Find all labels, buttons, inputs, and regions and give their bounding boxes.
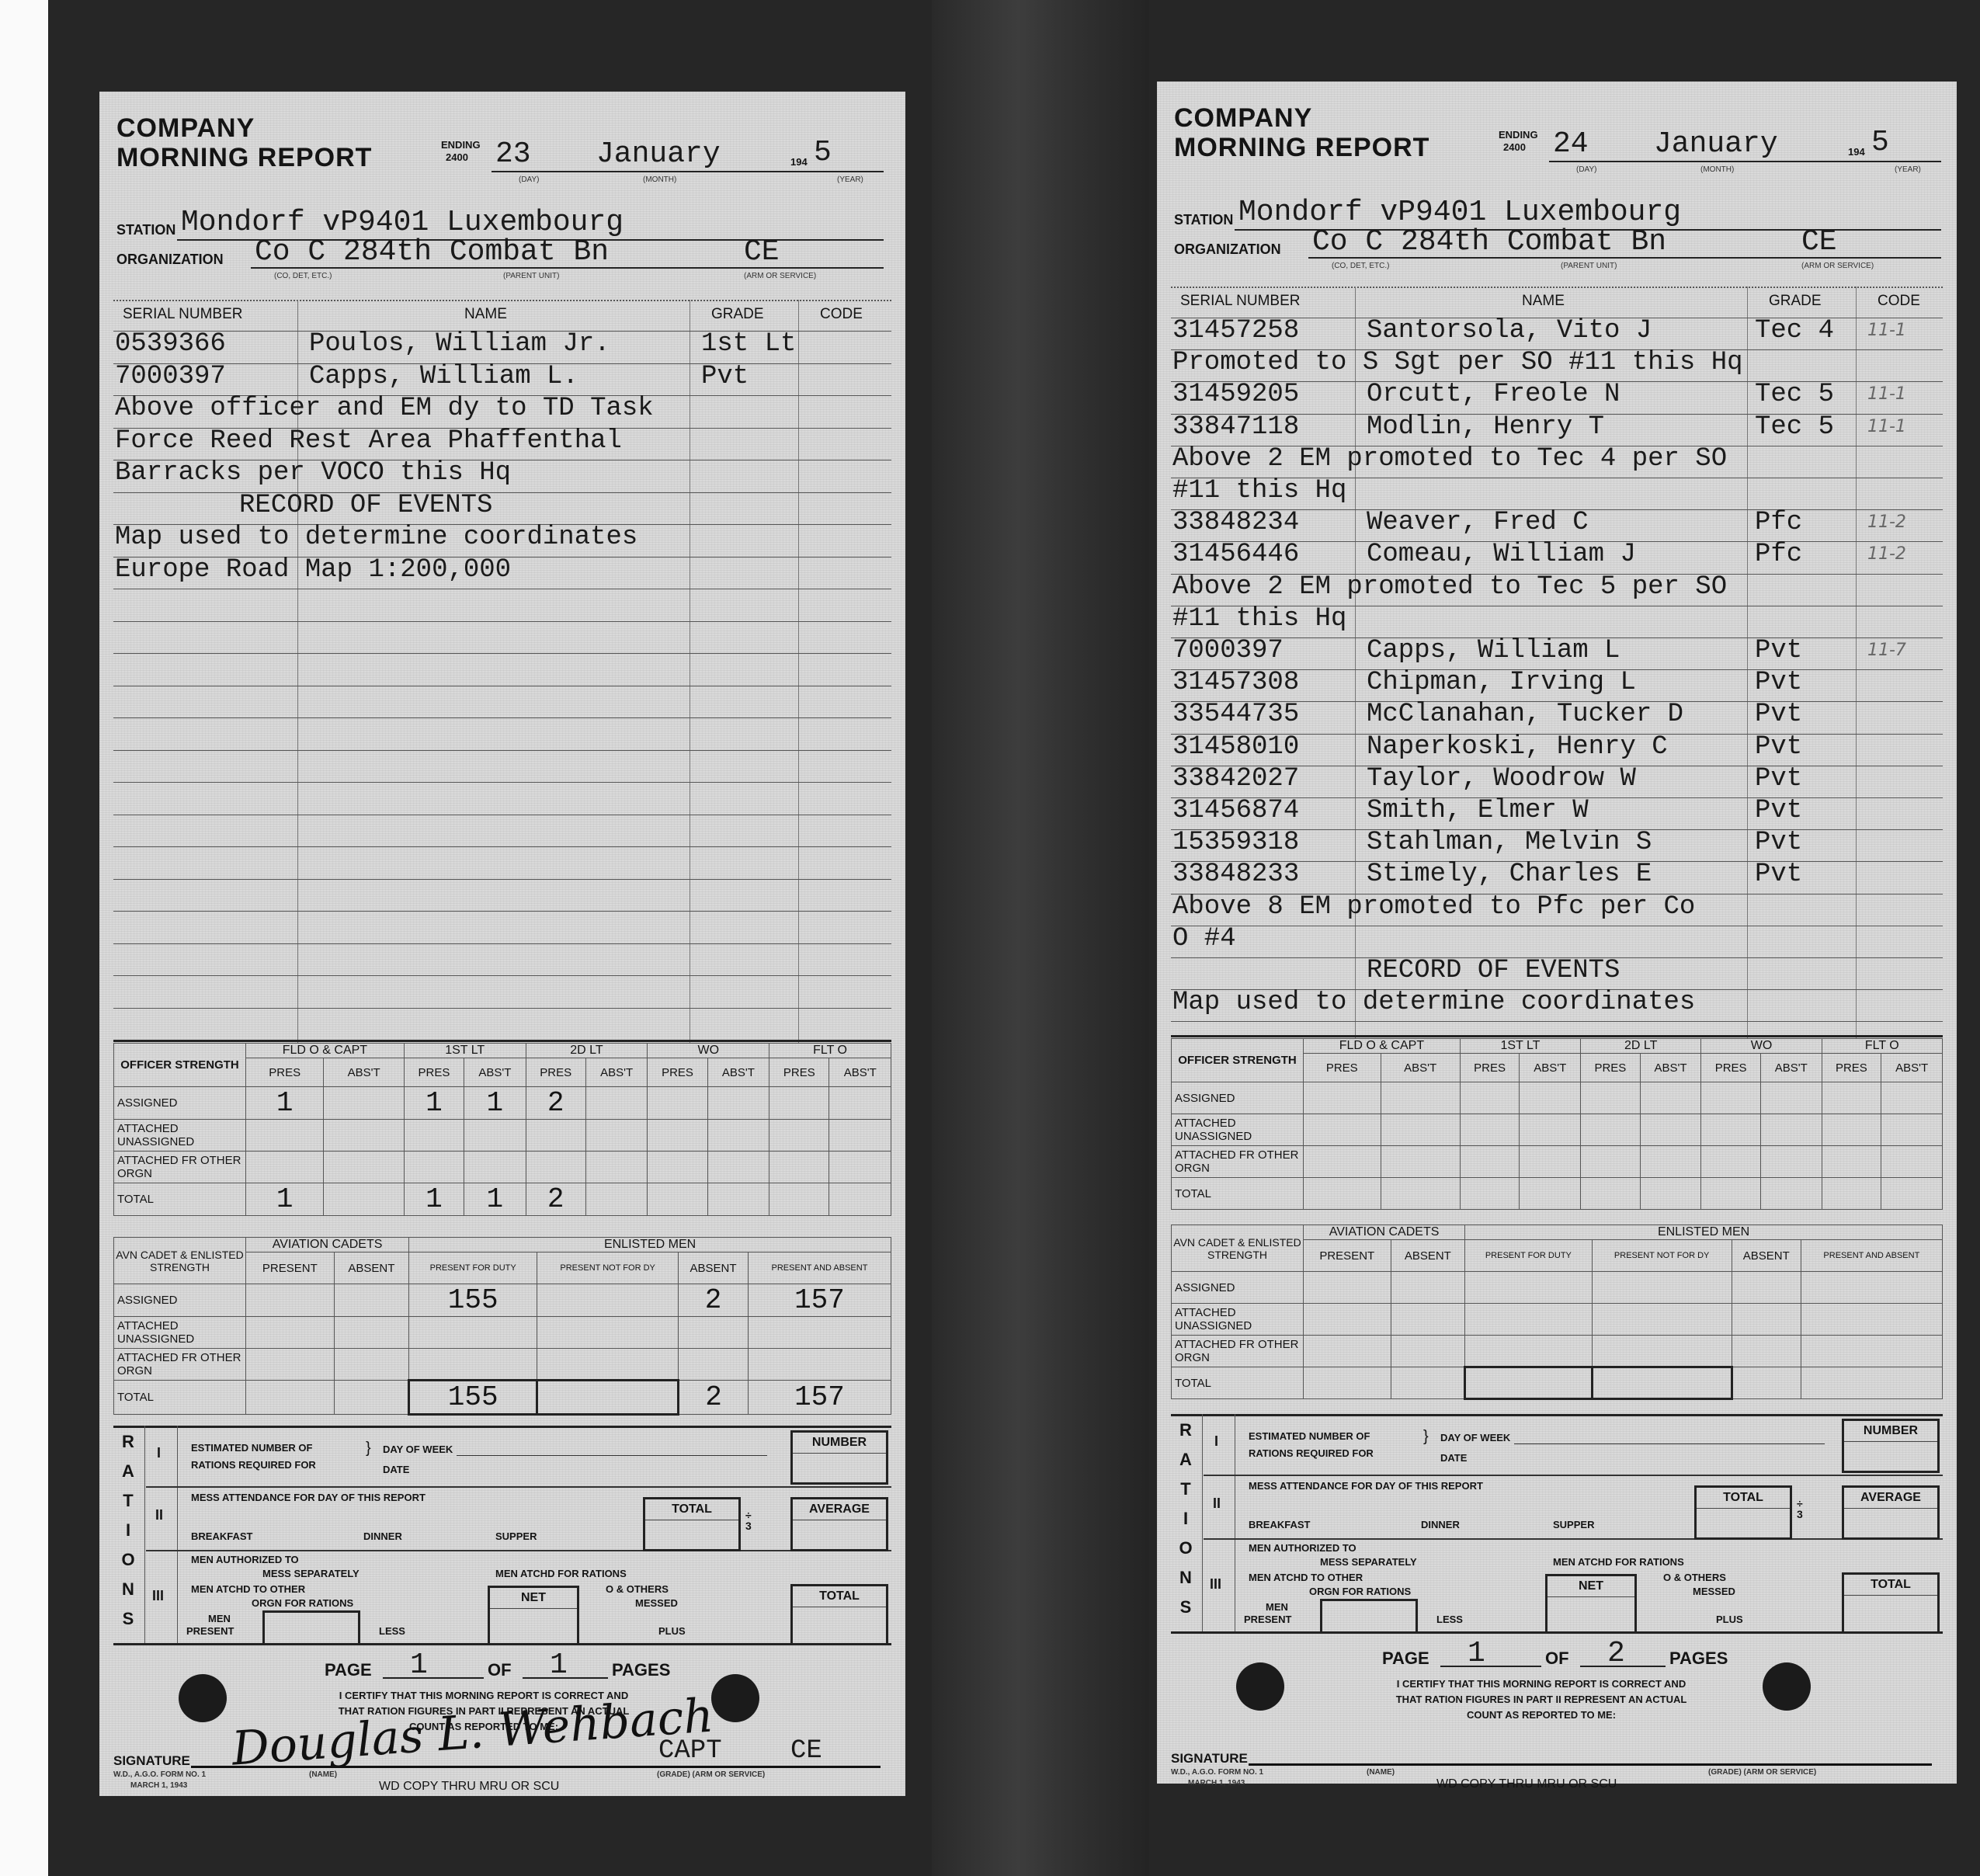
officer-sub-present: PRES	[1460, 1054, 1520, 1082]
soldier-grade: Pvt	[1755, 860, 1802, 889]
officer-count-cell	[1581, 1114, 1641, 1146]
number-box-label: NUMBER	[793, 1433, 886, 1454]
soldier-grade: Pfc	[1755, 540, 1802, 569]
form-title-company: COMPANY	[1174, 103, 1312, 133]
enlisted-row-label: TOTAL	[114, 1381, 246, 1415]
officer-sub-absent: ABS'T	[1881, 1054, 1943, 1082]
soldier-grade: Pfc	[1755, 508, 1802, 537]
remark-line: Above officer and EM dy to TD Task	[115, 394, 654, 423]
remark-line: O #4	[1172, 924, 1236, 954]
report-month: January	[596, 138, 721, 171]
men-authorized-label: MEN AUTHORIZED TO	[1249, 1543, 1356, 1554]
organization-underline	[251, 267, 884, 269]
dinner-label: DINNER	[1421, 1520, 1460, 1530]
ruled-line	[113, 1008, 891, 1009]
enlisted-col-header: ABSENT	[334, 1252, 409, 1284]
grade-arm-caption: (GRADE) (ARM OR SERVICE)	[657, 1770, 765, 1779]
serial-number: 31459205	[1172, 380, 1299, 409]
officer-count-cell	[246, 1152, 324, 1183]
officer-count-cell	[1640, 1114, 1701, 1146]
officer-count-cell	[1640, 1146, 1701, 1178]
enlisted-count-cell	[1801, 1272, 1942, 1304]
enlisted-count-cell: 155	[409, 1284, 537, 1317]
soldier-name: Naperkoski, Henry C	[1367, 732, 1668, 762]
enlisted-count-cell	[537, 1381, 679, 1415]
o-others-label: O & OTHERS	[1663, 1572, 1726, 1583]
part-ii-label: II	[155, 1509, 163, 1520]
record-of-events-heading: RECORD OF EVENTS	[239, 491, 492, 520]
officer-count-cell	[648, 1183, 707, 1216]
form-date: MARCH 1, 1943	[1188, 1779, 1245, 1787]
officer-count-cell	[648, 1087, 707, 1120]
enlisted-count-cell	[748, 1349, 891, 1381]
part-i-label: I	[157, 1447, 161, 1458]
enlisted-col-header: PRESENT NOT FOR DY	[537, 1252, 679, 1284]
officer-sub-present: PRES	[648, 1058, 707, 1087]
men-present-box[interactable]	[262, 1610, 360, 1644]
date-label: DATE	[383, 1464, 409, 1475]
column-header-grade: GRADE	[1769, 293, 1822, 310]
officer-group-0: FLD O & CAPT	[1304, 1039, 1461, 1054]
pages-underline	[1580, 1666, 1666, 1667]
grade-arm-caption: (GRADE) (ARM OR SERVICE)	[1708, 1768, 1816, 1777]
soldier-name: Capps, William L.	[309, 362, 578, 391]
officer-count-cell	[769, 1120, 829, 1152]
ruled-line	[113, 653, 891, 654]
officer-count-cell	[1381, 1146, 1460, 1178]
handwritten-code: 11-2	[1867, 512, 1906, 532]
report-day: 23	[495, 138, 531, 171]
mess-total-label: TOTAL	[1697, 1488, 1790, 1509]
rations-side-letter: T	[1174, 1479, 1197, 1499]
officer-group-1: 1ST LT	[1460, 1039, 1580, 1054]
enlisted-count-cell	[1465, 1367, 1592, 1399]
officer-count-cell	[1760, 1146, 1822, 1178]
wd-copy-note: WD COPY THRU MRU OR SCU	[1436, 1779, 1617, 1790]
officer-group-2: 2D LT	[1581, 1039, 1701, 1054]
serial-number: 33848233	[1172, 860, 1299, 889]
ruled-line	[113, 492, 891, 493]
officer-count-cell	[585, 1183, 647, 1216]
officer-count-cell	[707, 1087, 769, 1120]
officer-count-cell	[1701, 1178, 1761, 1210]
day-of-week-field[interactable]	[457, 1455, 767, 1456]
officer-count-cell	[1581, 1146, 1641, 1178]
number-box: NUMBER	[1842, 1419, 1940, 1473]
certify-3: COUNT AS REPORTED TO ME:	[1359, 1708, 1724, 1723]
ruled-line	[113, 750, 891, 751]
rations-side-letter: N	[1174, 1568, 1197, 1588]
serial-number: 33842027	[1172, 764, 1299, 794]
of-label: OF	[488, 1660, 512, 1680]
enlisted-row-label: ATTACHED UNASSIGNED	[114, 1317, 246, 1349]
rations-side-letter: O	[1174, 1538, 1197, 1558]
enlisted-strength-label: AVN CADET & ENLISTED STRENGTH	[1172, 1225, 1304, 1272]
remark-line: Barracks per VOCO this Hq	[115, 458, 511, 488]
enlisted-count-cell	[409, 1317, 537, 1349]
column-header-name: NAME	[1522, 293, 1565, 310]
page-label: PAGE	[325, 1660, 372, 1680]
remark-line: Above 2 EM promoted to Tec 4 per SO	[1172, 444, 1727, 474]
officer-group-0: FLD O & CAPT	[246, 1044, 405, 1058]
station-value: Mondorf vP9401 Luxembourg	[181, 207, 624, 239]
org-caption-parent: (PARENT UNIT)	[503, 272, 559, 280]
net-box: NET	[1545, 1574, 1637, 1632]
officer-count-cell	[1881, 1114, 1943, 1146]
column-divider	[798, 300, 799, 1043]
officer-count-cell	[585, 1120, 647, 1152]
remark-line: Europe Road Map 1:200,000	[115, 555, 511, 585]
officer-group-4: FLT O	[1822, 1039, 1942, 1054]
record-of-events-heading: RECORD OF EVENTS	[1367, 956, 1620, 985]
serial-number: 0539366	[115, 329, 226, 359]
ruled-line	[113, 815, 891, 815]
officer-group-3: WO	[648, 1044, 769, 1058]
present-label: PRESENT	[1244, 1614, 1291, 1625]
ending-2400-label: 2400	[446, 152, 468, 163]
officer-sub-absent: ABS'T	[829, 1058, 891, 1087]
day-of-week-label: DAY OF WEEK	[383, 1444, 453, 1455]
ruled-line	[113, 686, 891, 686]
enlisted-count-cell	[334, 1317, 409, 1349]
arm-service-value: CE	[744, 236, 780, 269]
handwritten-code: 11-1	[1867, 321, 1906, 340]
year-prefix: 194	[1848, 147, 1865, 158]
rations-side-letter: A	[1174, 1450, 1197, 1470]
soldier-name: Smith, Elmer W	[1367, 796, 1589, 825]
officer-strength-table: OFFICER STRENGTHFLD O & CAPT1ST LT2D LTW…	[1171, 1038, 1943, 1210]
pages-underline	[523, 1677, 608, 1679]
page-underline	[383, 1677, 484, 1679]
ruled-line	[1171, 1021, 1943, 1022]
officer-count-cell	[769, 1152, 829, 1183]
officer-count-cell	[707, 1152, 769, 1183]
enlisted-count-cell	[1304, 1336, 1391, 1367]
form-number: W.D., A.G.O. FORM NO. 1	[1171, 1768, 1263, 1777]
rations-side-letter: S	[116, 1609, 140, 1629]
enlisted-count-cell	[679, 1317, 749, 1349]
organization-underline	[1308, 257, 1941, 259]
men-present-box[interactable]	[1320, 1599, 1418, 1632]
officer-count-cell	[585, 1087, 647, 1120]
rations-letter-divider	[144, 1426, 145, 1643]
soldier-grade: Pvt	[1755, 636, 1802, 665]
soldier-grade: Pvt	[701, 362, 749, 391]
messed-label: MESSED	[635, 1598, 678, 1609]
officer-count-cell	[648, 1152, 707, 1183]
officer-count-cell	[1822, 1114, 1881, 1146]
remark-line: Map used to determine coordinates	[115, 523, 637, 552]
officer-count-cell: 2	[526, 1087, 585, 1120]
men-label: MEN	[1266, 1602, 1288, 1613]
soldier-name: Modlin, Henry T	[1367, 412, 1604, 442]
day-of-week-label: DAY OF WEEK	[1440, 1433, 1510, 1443]
enlisted-count-cell	[1732, 1367, 1801, 1399]
officer-count-cell: 1	[464, 1087, 526, 1120]
officer-count-cell	[769, 1183, 829, 1216]
column-header-serial-number: SERIAL NUMBER	[1180, 293, 1301, 310]
enlisted-col-header: PRESENT	[246, 1252, 335, 1284]
breakfast-label: BREAKFAST	[1249, 1520, 1310, 1530]
officer-count-cell	[1381, 1082, 1460, 1114]
ruled-line	[113, 975, 891, 976]
officer-count-cell	[1304, 1082, 1381, 1114]
present-label: PRESENT	[186, 1626, 234, 1637]
officer-count-cell	[1701, 1082, 1761, 1114]
soldier-grade: Tec 5	[1755, 380, 1834, 409]
officer-count-cell	[1701, 1146, 1761, 1178]
officer-sub-absent: ABS'T	[464, 1058, 526, 1087]
signature-label: SIGNATURE	[113, 1753, 190, 1769]
serial-number: 31456446	[1172, 540, 1299, 569]
enlisted-count-cell	[1304, 1367, 1391, 1399]
officer-count-cell	[1381, 1178, 1460, 1210]
signature-line[interactable]	[1249, 1763, 1932, 1766]
serial-number: 31456874	[1172, 796, 1299, 825]
enlisted-count-cell	[537, 1349, 679, 1381]
soldier-grade: Pvt	[1755, 796, 1802, 825]
page-label: PAGE	[1382, 1648, 1429, 1669]
wd-copy-note: WD COPY THRU MRU OR SCU	[379, 1781, 559, 1792]
officer-count-cell	[829, 1152, 891, 1183]
handwritten-code: 11-2	[1867, 544, 1906, 564]
men-atchd-other-label: MEN ATCHD TO OTHER	[191, 1584, 305, 1595]
enlisted-count-cell	[1465, 1272, 1592, 1304]
average-label: AVERAGE	[1844, 1488, 1937, 1509]
ruled-line	[113, 589, 891, 589]
org-caption-parent: (PARENT UNIT)	[1561, 262, 1617, 270]
part-ii-label: II	[1213, 1498, 1221, 1509]
orgn-for-rations-label: ORGN FOR RATIONS	[252, 1598, 353, 1609]
officer-count-cell	[1581, 1082, 1641, 1114]
soldier-name: Stahlman, Melvin S	[1367, 828, 1652, 857]
enlisted-count-cell	[679, 1349, 749, 1381]
less-label: LESS	[1436, 1614, 1463, 1625]
officer-count-cell	[404, 1152, 464, 1183]
punch-hole-icon	[711, 1674, 759, 1722]
officer-sub-absent: ABS'T	[324, 1058, 404, 1087]
men-label: MEN	[208, 1614, 231, 1624]
officer-sub-absent: ABS'T	[707, 1058, 769, 1087]
officer-count-cell	[1760, 1178, 1822, 1210]
officer-count-cell	[1881, 1178, 1943, 1210]
rations-total-box: TOTAL	[1842, 1572, 1940, 1632]
officer-count-cell	[1822, 1178, 1881, 1210]
column-header-grade: GRADE	[711, 306, 764, 323]
column-header-code: CODE	[1878, 293, 1920, 310]
o-others-label: O & OTHERS	[606, 1584, 669, 1595]
officer-count-cell	[324, 1183, 404, 1216]
supper-label: SUPPER	[495, 1531, 537, 1542]
officer-count-cell	[1460, 1146, 1520, 1178]
officer-row-label: TOTAL	[1172, 1178, 1304, 1210]
men-authorized-label: MEN AUTHORIZED TO	[191, 1555, 299, 1565]
men-atchd-rations-label: MEN ATCHD FOR RATIONS	[495, 1569, 627, 1579]
rations-required-label: RATIONS REQUIRED FOR	[191, 1460, 316, 1471]
column-divider	[690, 300, 690, 1043]
of-label: OF	[1545, 1648, 1569, 1669]
officer-count-cell	[1304, 1146, 1381, 1178]
number-box: NUMBER	[790, 1430, 888, 1485]
day-of-week-field[interactable]	[1514, 1443, 1825, 1444]
officer-strength-label: OFFICER STRENGTH	[114, 1044, 246, 1087]
enlisted-count-cell	[1592, 1272, 1732, 1304]
rations-total-label: TOTAL	[1844, 1575, 1937, 1596]
officer-count-cell	[769, 1087, 829, 1120]
rations-side-letter: R	[1174, 1420, 1197, 1440]
officer-count-cell	[1760, 1114, 1822, 1146]
officer-sub-present: PRES	[1701, 1054, 1761, 1082]
officer-count-cell	[707, 1183, 769, 1216]
soldier-name: Chipman, Irving L	[1367, 668, 1636, 697]
handwritten-code: 11-1	[1867, 384, 1906, 404]
signer-arm: CE	[790, 1736, 822, 1766]
enlisted-col-header: ABSENT	[1732, 1240, 1801, 1272]
arm-service-value: CE	[1801, 226, 1837, 259]
officer-count-cell	[829, 1087, 891, 1120]
officer-count-cell	[1640, 1178, 1701, 1210]
soldier-grade: Tec 4	[1755, 316, 1834, 346]
officer-count-cell: 1	[246, 1087, 324, 1120]
page-underline	[1440, 1666, 1541, 1667]
enlisted-count-cell	[1732, 1336, 1801, 1367]
enlisted-strength-table: AVN CADET & ENLISTED STRENGTHAVIATION CA…	[113, 1237, 891, 1416]
officer-row-label: ATTACHED FR OTHER ORGN	[1172, 1146, 1304, 1178]
officer-sub-present: PRES	[246, 1058, 324, 1087]
form-title-company: COMPANY	[116, 113, 255, 143]
org-caption-co: (CO, DET, ETC.)	[274, 272, 332, 280]
mess-total-box: TOTAL	[643, 1497, 741, 1551]
morning-report-form-23-jan: COMPANYMORNING REPORTENDING240023January…	[99, 92, 905, 1796]
officer-count-cell	[324, 1152, 404, 1183]
rations-side-letter: N	[116, 1579, 140, 1600]
soldier-grade: Pvt	[1755, 764, 1802, 794]
part-iii-label: III	[152, 1590, 164, 1601]
plus-label: PLUS	[1716, 1614, 1743, 1625]
ruled-line	[113, 846, 891, 847]
organization-label: ORGANIZATION	[116, 252, 224, 268]
rations-part1-divider	[146, 1486, 891, 1488]
ruled-line	[113, 782, 891, 783]
enlisted-count-cell	[409, 1349, 537, 1381]
officer-count-cell: 1	[464, 1183, 526, 1216]
mess-total-label: TOTAL	[645, 1499, 738, 1520]
officer-count-cell	[648, 1120, 707, 1152]
soldier-name: Santorsola, Vito J	[1367, 316, 1652, 346]
soldier-name: Taylor, Woodrow W	[1367, 764, 1636, 794]
rations-letter-divider	[1202, 1414, 1203, 1631]
year-caption: (YEAR)	[1895, 165, 1921, 174]
enlisted-count-cell	[1592, 1304, 1732, 1336]
punch-hole-icon	[1763, 1662, 1811, 1711]
officer-count-cell	[1304, 1178, 1381, 1210]
officer-count-cell	[1520, 1146, 1581, 1178]
month-caption: (MONTH)	[1700, 165, 1734, 174]
ruled-line	[113, 943, 891, 944]
enlisted-col-header: PRESENT AND ABSENT	[748, 1252, 891, 1284]
day-caption: (DAY)	[519, 175, 539, 184]
enlisted-col-header: PRESENT AND ABSENT	[1801, 1240, 1942, 1272]
enlisted-count-cell: 157	[748, 1284, 891, 1317]
year-prefix: 194	[790, 157, 808, 168]
enlisted-col-header: PRESENT FOR DUTY	[1465, 1240, 1592, 1272]
enlisted-count-cell	[1304, 1272, 1391, 1304]
enlisted-row-label: ASSIGNED	[114, 1284, 246, 1317]
date-label: DATE	[1440, 1453, 1467, 1464]
officer-count-cell	[829, 1183, 891, 1216]
enlisted-count-cell	[246, 1317, 335, 1349]
officer-row-label: ATTACHED FR OTHER ORGN	[114, 1152, 246, 1183]
ending-2400-label: 2400	[1503, 142, 1526, 153]
officer-row-label: ATTACHED UNASSIGNED	[114, 1120, 246, 1152]
net-label: NET	[1548, 1576, 1634, 1597]
station-label: STATION	[116, 222, 175, 238]
enlisted-count-cell	[246, 1349, 335, 1381]
report-year: 5	[1871, 127, 1889, 159]
mess-attendance-label: MESS ATTENDANCE FOR DAY OF THIS REPORT	[191, 1492, 426, 1503]
enlisted-count-cell	[748, 1317, 891, 1349]
rations-side-letter: S	[1174, 1597, 1197, 1617]
officer-row-label: ASSIGNED	[114, 1087, 246, 1120]
enlisted-count-cell	[1465, 1304, 1592, 1336]
officer-row-label: ATTACHED UNASSIGNED	[1172, 1114, 1304, 1146]
rations-part1-divider	[1204, 1475, 1943, 1476]
plus-label: PLUS	[658, 1626, 686, 1637]
soldier-grade: Pvt	[1755, 668, 1802, 697]
mess-attendance-label: MESS ATTENDANCE FOR DAY OF THIS REPORT	[1249, 1481, 1483, 1492]
column-header-name: NAME	[464, 306, 507, 323]
section-divider	[1171, 1035, 1943, 1037]
remark-line: #11 this Hq	[1172, 476, 1346, 505]
pages-label: PAGES	[612, 1660, 670, 1680]
header-divider	[1171, 287, 1943, 288]
enlisted-count-cell	[1391, 1367, 1465, 1399]
rations-side-letter: T	[116, 1491, 140, 1511]
serial-number: 33544735	[1172, 700, 1299, 729]
less-label: LESS	[379, 1626, 405, 1637]
remark-line: Promoted to S Sgt per SO #11 this Hq	[1172, 348, 1743, 377]
enlisted-count-cell	[1801, 1336, 1942, 1367]
enlisted-col-header: PRESENT FOR DUTY	[409, 1252, 537, 1284]
soldier-name: Stimely, Charles E	[1367, 860, 1652, 889]
soldier-grade: Tec 5	[1755, 412, 1834, 442]
soldier-name: McClanahan, Tucker D	[1367, 700, 1683, 729]
officer-count-cell	[1460, 1082, 1520, 1114]
officer-count-cell	[1381, 1114, 1460, 1146]
serial-number: 31457308	[1172, 668, 1299, 697]
officer-count-cell	[1881, 1082, 1943, 1114]
station-label: STATION	[1174, 212, 1233, 228]
organization-value: Co C 284th Combat Bn	[255, 236, 609, 269]
enlisted-row-label: ATTACHED FR OTHER ORGN	[1172, 1336, 1304, 1367]
serial-number: 31458010	[1172, 732, 1299, 762]
section-divider	[113, 1040, 891, 1042]
remark-line: Above 2 EM promoted to Tec 5 per SO	[1172, 572, 1727, 602]
rations-required-label: RATIONS REQUIRED FOR	[1249, 1448, 1374, 1459]
officer-sub-absent: ABS'T	[1520, 1054, 1581, 1082]
mess-total-box: TOTAL	[1694, 1485, 1792, 1540]
punch-hole-icon	[179, 1674, 227, 1722]
ruled-line	[113, 911, 891, 912]
soldier-grade: Pvt	[1755, 828, 1802, 857]
officer-count-cell	[464, 1120, 526, 1152]
day-caption: (DAY)	[1576, 165, 1596, 174]
officer-sub-present: PRES	[1581, 1054, 1641, 1082]
rations-side-letter: I	[116, 1520, 140, 1541]
officer-group-1: 1ST LT	[404, 1044, 526, 1058]
handwritten-code: 11-1	[1867, 417, 1906, 436]
divide-by-three: ÷ 3	[745, 1509, 759, 1531]
